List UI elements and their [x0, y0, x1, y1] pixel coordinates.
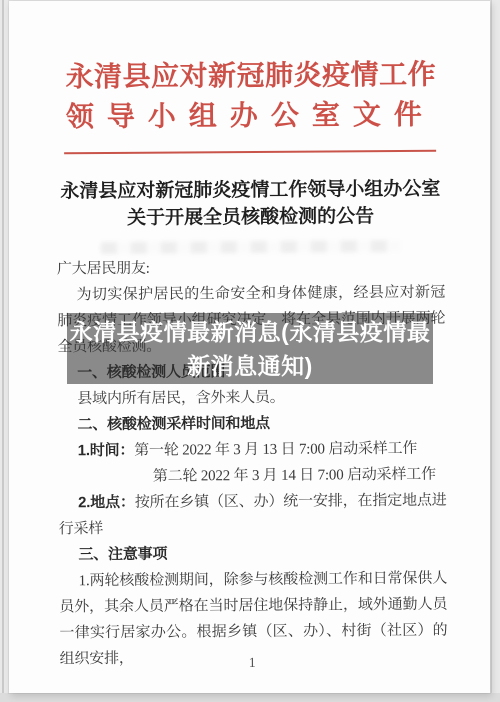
- paragraph-time-round1: 1.时间：第一轮 2022 年 3 月 13 日 7:00 启动采样工作: [58, 436, 446, 465]
- paragraph-time-round2: 第二轮 2022 年 3 月 14 日 7:00 启动采样工作: [58, 462, 446, 491]
- paragraph-location: 2.地点：按所在乡镇（区、办）统一安排，在指定地点进行采样: [58, 488, 446, 543]
- heading-section-2: 二、核酸检测采样时间和地点: [58, 410, 446, 439]
- photo-bottom-edge: [0, 693, 500, 702]
- red-divider: [64, 150, 436, 155]
- letterhead-line-1: 永清县应对新冠肺炎疫情工作: [65, 56, 438, 99]
- heading-section-3: 三、注意事项: [59, 540, 447, 569]
- overlay-title-banner: 永清县疫情最新消息(永清县疫情最新消息通知): [67, 313, 433, 384]
- page-number: 1: [12, 654, 493, 673]
- paragraph-scope: 县域内所有居民，含外来人员。: [58, 384, 446, 413]
- page-background: 永清县应对新冠肺炎疫情工作 领导小组办公室文件 永清县应对新冠肺炎疫情工作领导小…: [0, 0, 500, 702]
- overlay-title-text: 永清县疫情最新消息(永清县疫情最新消息通知): [67, 315, 433, 383]
- title-line-1: 永清县应对新冠肺炎疫情工作领导小组办公室: [56, 176, 444, 206]
- letterhead-line-2: 领导小组办公室文件: [66, 96, 451, 139]
- letterhead: 永清县应对新冠肺炎疫情工作 领导小组办公室文件: [65, 56, 438, 139]
- time-round1-text: 第一轮 2022 年 3 月 13 日 7:00 启动采样工作: [134, 441, 417, 459]
- photo-left-edge: [2, 0, 4, 702]
- redaction-smudge: [101, 240, 401, 254]
- title-line-2: 关于开展全员核酸检测的公告: [56, 203, 444, 233]
- document-title: 永清县应对新冠肺炎疫情工作领导小组办公室 关于开展全员核酸检测的公告: [56, 176, 444, 233]
- time-label: 1.时间：: [78, 442, 135, 459]
- salutation: 广大居民朋友:: [57, 254, 445, 283]
- location-label: 2.地点：: [78, 494, 135, 511]
